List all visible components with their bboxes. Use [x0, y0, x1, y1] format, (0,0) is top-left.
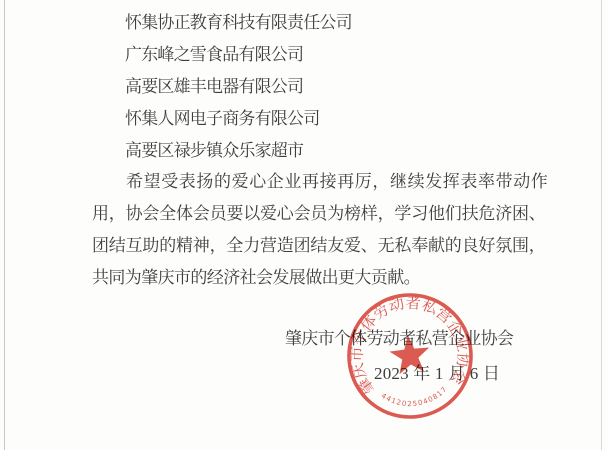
company-list-item: 怀集协正教育科技有限责任公司 [125, 14, 352, 31]
scan-edge-right [601, 0, 602, 450]
scanned-letter-page: 怀集协正教育科技有限责任公司 广东峰之雪食品有限公司 高要区雄丰电器有限公司 怀… [0, 0, 608, 450]
company-list-item: 高要区禄步镇众乐家超市 [125, 142, 303, 159]
company-list-item: 怀集人网电子商务有限公司 [125, 110, 319, 127]
official-seal-stamp: 肇庆市个体劳动者私营企业协会 4412025040817 [339, 285, 482, 428]
company-list-item: 高要区雄丰电器有限公司 [125, 78, 303, 95]
paragraph-line: 希望受表扬的爱心企业再接再厉，继续发挥表率带动作 [126, 173, 548, 190]
scan-edge-left [4, 0, 5, 450]
paragraph-line: 共同为肇庆市的经济社会发展做出更大贡献。 [92, 269, 420, 286]
paragraph-line: 团结互助的精神，全力营造团结友爱、无私奉献的良好氛围， [92, 237, 546, 254]
seal-star-icon [388, 333, 432, 375]
paragraph-line: 用，协会全体会员要以爱心会员为榜样，学习他们扶危济困、 [92, 205, 546, 222]
company-list-item: 广东峰之雪食品有限公司 [125, 46, 303, 63]
